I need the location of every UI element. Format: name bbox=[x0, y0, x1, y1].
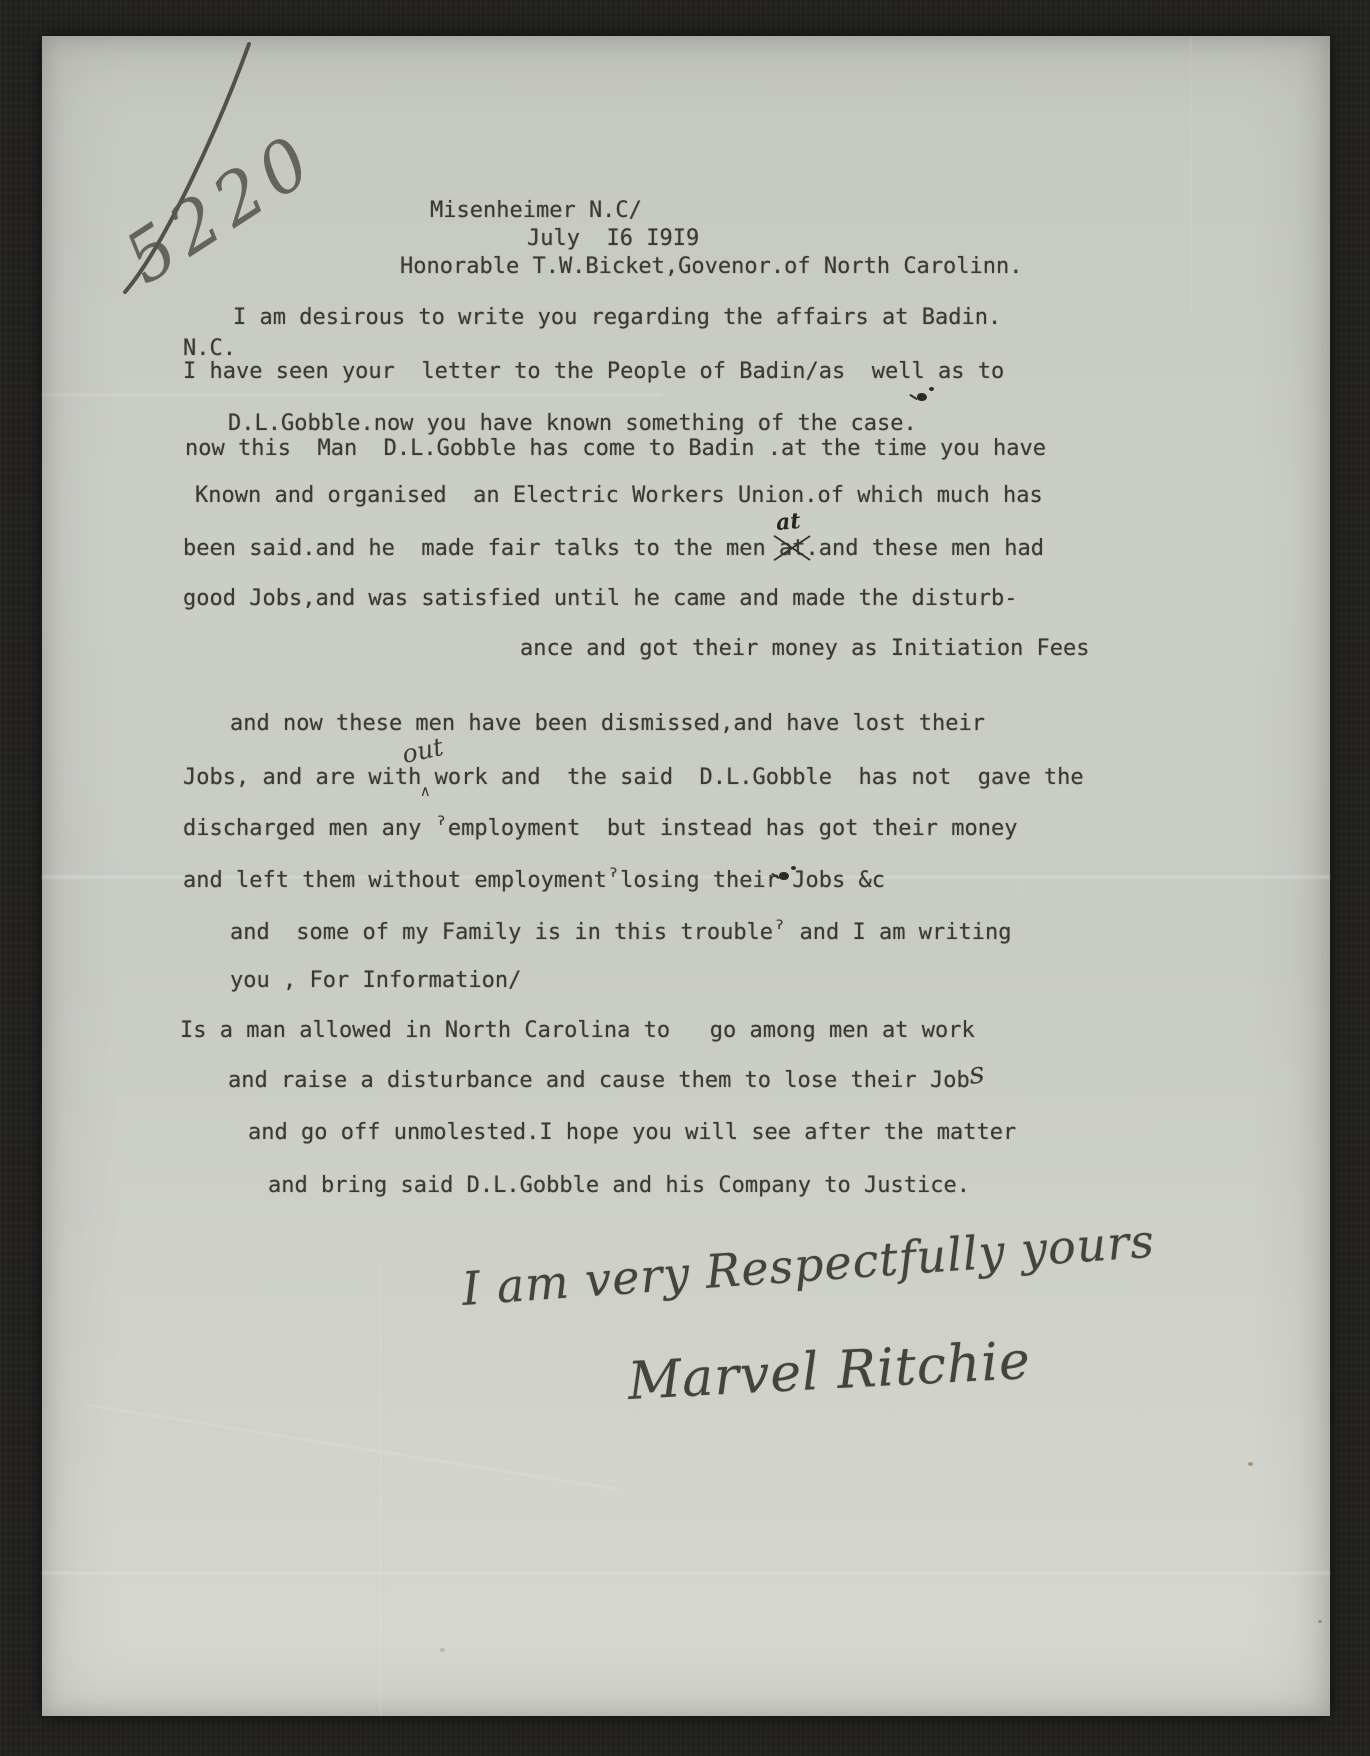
fox-stain bbox=[440, 1648, 445, 1652]
handwritten-correction: at bbox=[775, 508, 802, 536]
fox-stain bbox=[1318, 1620, 1322, 1623]
body-line: and raise a disturbance and cause them t… bbox=[228, 1068, 970, 1093]
body-line: you , For Information/ bbox=[230, 968, 521, 993]
place-line: Misenheimer N.C/ bbox=[430, 198, 642, 223]
body-line: good Jobs,and was satisfied until he cam… bbox=[183, 586, 1017, 611]
body-line: ance and got their money as Initiation F… bbox=[520, 636, 1090, 661]
body-line: Jobs, and are with work and the said D.L… bbox=[183, 765, 1084, 790]
paper-crease bbox=[1188, 36, 1193, 316]
body-line: Known and organised an Electric Workers … bbox=[195, 483, 1043, 508]
body-line: now this Man D.L.Gobble has come to Badi… bbox=[185, 436, 1046, 461]
paper-crease bbox=[85, 1402, 619, 1492]
ink-blot bbox=[917, 393, 927, 401]
body-line: and bring said D.L.Gobble and his Compan… bbox=[268, 1173, 970, 1198]
body-line: been said.and he made fair talks to the … bbox=[183, 536, 1044, 561]
insertion-caret: ∧ bbox=[420, 784, 431, 799]
body-line: and some of my Family is in this trouble… bbox=[230, 920, 1011, 945]
body-line: discharged men any ˀemployment but inste… bbox=[183, 816, 1017, 841]
paper-crease bbox=[42, 1570, 1330, 1576]
body-line: N.C. bbox=[183, 336, 236, 361]
body-line: D.L.Gobble.now you have known something … bbox=[228, 411, 917, 436]
catalog-number-mark: 5220 bbox=[85, 40, 355, 310]
handwritten-insertion: out bbox=[399, 732, 445, 769]
catalog-number: 5220 bbox=[110, 117, 331, 300]
body-line: and go off unmolested.I hope you will se… bbox=[248, 1120, 1016, 1145]
ink-blot bbox=[779, 872, 789, 880]
body-line: I have seen your letter to the People of… bbox=[183, 359, 1004, 384]
address-line: Honorable T.W.Bicket,Govenor.of North Ca… bbox=[400, 254, 1023, 279]
closing-line: I am very Respectfully yours bbox=[460, 1214, 1156, 1316]
date-line: July I6 I9I9 bbox=[527, 226, 699, 251]
body-line: Is a man allowed in North Carolina to go… bbox=[180, 1018, 975, 1043]
body-line: and now these men have been dismissed,an… bbox=[230, 711, 985, 736]
paper-crease bbox=[378, 1266, 383, 1716]
paper-crease bbox=[42, 392, 662, 398]
fox-stain bbox=[1248, 1462, 1253, 1466]
signature-name: Marvel Ritchie bbox=[626, 1331, 1032, 1412]
strike-x-mark bbox=[773, 533, 811, 560]
